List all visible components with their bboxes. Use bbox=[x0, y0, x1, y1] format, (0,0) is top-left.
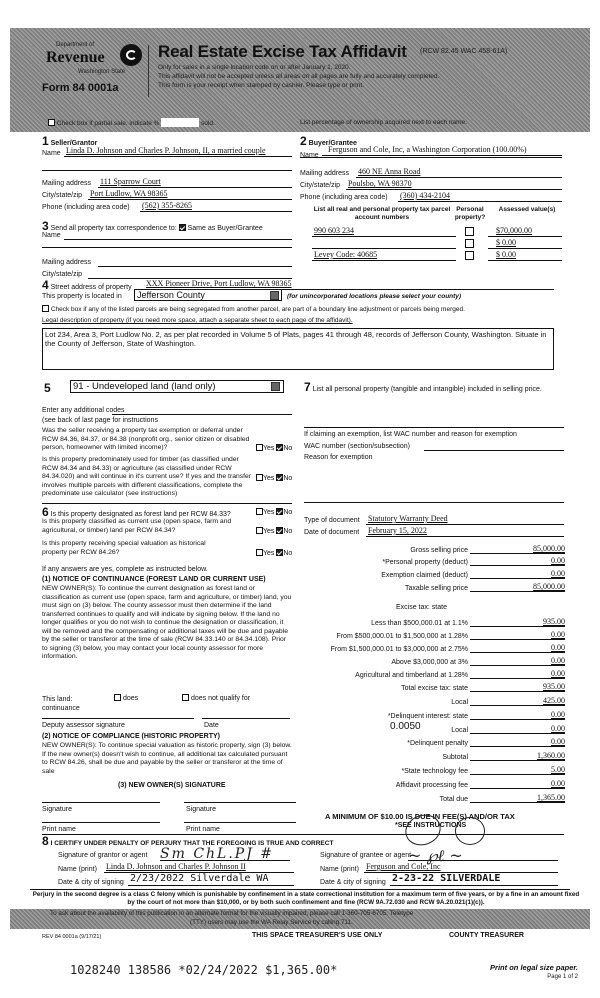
ownership-note: List percentage of ownership acquired ne… bbox=[300, 119, 467, 126]
reason-line bbox=[304, 502, 564, 503]
tax-row-tier2: From $500,000.01 to $1,500,000 at 1.28%0… bbox=[305, 629, 565, 640]
tax-value[interactable]: 0.00 bbox=[470, 779, 565, 789]
current-use-answer: Yes No bbox=[256, 527, 292, 535]
personal-property-checkbox[interactable] bbox=[465, 251, 474, 260]
tax-row-total-state: Total excise tax: state935.00 bbox=[305, 681, 565, 692]
tax-row-exemption: Exemption claimed (deduct)0.00 bbox=[305, 568, 565, 579]
seller-city-field[interactable]: Port Ludlow, WA 98365 bbox=[88, 189, 292, 200]
treasurer-use-label: THIS SPACE TREASURER'S USE ONLY bbox=[252, 932, 382, 939]
correspondence-name-label: Name bbox=[42, 232, 61, 239]
exemption-no-checkbox[interactable] bbox=[276, 444, 283, 451]
document-type-value: Statutory Warranty Deed bbox=[366, 514, 448, 523]
tax-row-tier3: From $1,500,000.01 to $3,000,000 at 2.75… bbox=[305, 642, 565, 653]
notice1-body: NEW OWNER(S): To continue the current de… bbox=[42, 585, 292, 662]
section-number-5: 5 bbox=[44, 381, 51, 395]
parcel-number-field[interactable] bbox=[312, 238, 456, 249]
tax-label: *Delinquent penalty bbox=[305, 740, 470, 747]
tax-value[interactable]: 0.00 bbox=[470, 569, 565, 579]
owner-print-name-label-1: Print name bbox=[42, 826, 76, 833]
accessibility-line-1: To ask about the availability of this pu… bbox=[50, 910, 590, 917]
seller-city-value: Port Ludlow, WA 98365 bbox=[88, 189, 168, 198]
no-label: No bbox=[283, 550, 292, 557]
parcel-number-value: Levey Code: 40685 bbox=[312, 250, 377, 259]
county-treasurer-label: COUNTY TREASURER bbox=[449, 932, 524, 939]
form-title: Real Estate Excise Tax Affidavit bbox=[158, 42, 407, 62]
buyer-name-line2 bbox=[300, 157, 562, 158]
tax-value[interactable]: 0.00 bbox=[470, 724, 565, 734]
buyer-name-value: Ferguson and Cole, Inc, a Washington Cor… bbox=[322, 145, 527, 154]
tax-label: Total due bbox=[305, 796, 470, 803]
no-label: No bbox=[283, 528, 292, 535]
tax-row-personal: *Personal property (deduct)0.00 bbox=[305, 555, 565, 566]
partial-sale-suffix: sold. bbox=[201, 120, 215, 127]
forest-no-checkbox[interactable] bbox=[276, 508, 283, 515]
assessed-value-field[interactable]: $ 0.00 bbox=[488, 238, 562, 249]
parcel-header: List all real and personal property tax … bbox=[312, 206, 452, 222]
owner-signature-label-2: Signature bbox=[186, 806, 216, 813]
personal-property-header: Personal property? bbox=[452, 206, 488, 222]
form-statute: (RCW 82.45 WAC 458-61A) bbox=[420, 48, 507, 55]
tax-label: *Delinquent interest: state bbox=[305, 713, 470, 720]
section7: 7 List all personal property (tangible a… bbox=[304, 380, 564, 394]
divider bbox=[42, 503, 292, 504]
seller-mailing-field[interactable]: 111 Sparrow Court bbox=[98, 177, 292, 188]
seller-phone-value: (562) 355-8265 bbox=[140, 201, 192, 210]
tax-label: Gross selling price bbox=[305, 547, 470, 554]
seller-phone-field[interactable]: (562) 355-8265 bbox=[140, 201, 292, 212]
personal-property-line bbox=[304, 427, 564, 428]
buyer-phone-value: (360) 434-2104 bbox=[398, 191, 450, 200]
parcel-number-field[interactable]: 990 603 234 bbox=[312, 226, 456, 237]
does-checkbox[interactable] bbox=[114, 694, 121, 701]
tax-row-delinq-local: Local0.00 bbox=[305, 723, 565, 734]
notice2-body: NEW OWNER(S): To continue special valuat… bbox=[42, 742, 294, 776]
does-option: does bbox=[114, 694, 138, 702]
section-number-2: 2 bbox=[300, 134, 307, 148]
header-divider bbox=[148, 45, 149, 97]
does-not-checkbox[interactable] bbox=[182, 694, 189, 701]
perjury-notice: Perjury in the second degree is a class … bbox=[32, 891, 580, 907]
wac-number-field[interactable] bbox=[424, 440, 564, 451]
tax-value[interactable]: 0.00 bbox=[470, 656, 565, 666]
revenue-logo-icon bbox=[120, 44, 142, 66]
new-owner-signature-title: (3) NEW OWNER(S) SIGNATURE bbox=[118, 782, 226, 789]
timber-question: Is this property predominately used for … bbox=[42, 456, 252, 499]
historical-question: Is this property receiving special valua… bbox=[42, 540, 222, 557]
exemption-answer: Yes No bbox=[256, 444, 292, 452]
tax-value[interactable]: 1,365.00 bbox=[470, 793, 565, 803]
historical-answer: Yes No bbox=[256, 549, 292, 557]
buyer-mailing-field[interactable]: 460 NE Anna Road bbox=[356, 167, 562, 178]
parcel-number-value: 990 603 234 bbox=[312, 226, 354, 235]
no-label: No bbox=[283, 475, 292, 482]
tax-label: Subtotal bbox=[305, 754, 470, 761]
grantee-date-label: Date & city of signing bbox=[320, 879, 386, 886]
tax-label: Total excise tax: state bbox=[305, 685, 470, 692]
grantor-signature-label: Signature of grantor or agent bbox=[58, 852, 148, 859]
deputy-signature-line bbox=[42, 718, 194, 719]
seller-phone-label: Phone (including area code) bbox=[42, 204, 130, 211]
buyer-mailing-label: Mailing address bbox=[300, 170, 349, 177]
tax-label: From $500,000.01 to $1,500,000 at 1.28% bbox=[305, 633, 470, 640]
grantee-name-value: Ferguson and Cole, Inc bbox=[364, 862, 441, 871]
agency-state: Washington State bbox=[78, 69, 125, 75]
form-number: Form 84 0001a bbox=[42, 82, 118, 94]
tax-value[interactable]: 0.00 bbox=[470, 669, 565, 679]
grantor-date-label: Date & city of signing bbox=[58, 879, 124, 886]
owner-print-line-2 bbox=[184, 822, 296, 823]
owner-sig-line-2 bbox=[184, 802, 296, 803]
continuance-label: continuance bbox=[42, 705, 80, 712]
tax-value[interactable]: 85,000.00 bbox=[470, 582, 565, 592]
page-number: Page 1 of 2 bbox=[547, 974, 578, 980]
correspondence-mailing-field[interactable] bbox=[98, 256, 292, 267]
timber-answer: Yes No bbox=[256, 474, 292, 482]
tax-label: Above $3,000,000 at 3% bbox=[305, 659, 470, 666]
forest-land-question: Is this property designated as forest la… bbox=[51, 511, 231, 518]
tax-label: Exemption claimed (deduct) bbox=[305, 572, 470, 579]
tax-label: Local bbox=[305, 699, 470, 706]
grantee-date-value: 2-23-22 SILVERDALE bbox=[390, 873, 500, 884]
footer-top-line bbox=[30, 889, 570, 890]
correspondence-city-label: City/state/zip bbox=[42, 271, 82, 278]
tax-label: *State technology fee bbox=[305, 768, 470, 775]
timber-yes-checkbox[interactable] bbox=[256, 474, 263, 481]
personal-property-checkbox[interactable] bbox=[465, 239, 474, 248]
does-not-label: does not qualify for bbox=[191, 695, 250, 702]
tax-value[interactable]: 0.00 bbox=[470, 630, 565, 640]
document-date-value: February 15, 2022 bbox=[366, 526, 427, 535]
seller-name-label: Name bbox=[42, 150, 61, 157]
assessed-value: $70,000.00 bbox=[488, 226, 532, 235]
property-section: 4 Street address of property bbox=[42, 278, 132, 292]
segregated-row: Check box if any of the listed parcels a… bbox=[42, 305, 465, 313]
tax-row-total: Total due1,365.00 bbox=[305, 792, 565, 803]
tax-row-affidavit-fee: Affidavit processing fee0.00 bbox=[305, 778, 565, 789]
historical-yes-checkbox[interactable] bbox=[256, 549, 263, 556]
tax-label: Agricultural and timberland at 1.28% bbox=[305, 672, 470, 679]
partial-sale-percent-input[interactable] bbox=[161, 118, 199, 127]
receipt-stamp: 1028240 138586 *02/24/2022 $1,365.00* bbox=[70, 963, 337, 977]
deputy-date-label: Date bbox=[204, 722, 219, 729]
located-in-label: This property is located in bbox=[42, 293, 122, 300]
section-number-7: 7 bbox=[304, 380, 311, 394]
revision-code: REV 84 0001a (9/17/21) bbox=[42, 934, 101, 940]
exemption-question: Was the seller receiving a property tax … bbox=[42, 427, 257, 453]
tax-value[interactable]: 425.00 bbox=[470, 696, 565, 706]
partial-sale-label: Check box if partial sale, indicate % bbox=[57, 120, 160, 127]
local-tax-rate: 0.0050 bbox=[390, 721, 421, 732]
grantor-name-field[interactable]: Linda D. Johnson and Charles P. Johnson … bbox=[104, 862, 294, 873]
no-label: No bbox=[283, 445, 292, 452]
tax-value[interactable]: 0.00 bbox=[470, 643, 565, 653]
personal-property-list-label: List all personal property (tangible and… bbox=[313, 386, 542, 393]
legal-description-value: Lot 234, Area 3, Port Ludlow No. 2, as p… bbox=[43, 329, 553, 349]
assessed-value-field[interactable]: $70,000.00 bbox=[488, 226, 562, 237]
buyer-mailing-value: 460 NE Anna Road bbox=[356, 167, 420, 176]
tax-row-delinq-state: *Delinquent interest: state0.00 bbox=[305, 709, 565, 720]
tax-label: *Personal property (deduct) bbox=[305, 559, 470, 566]
header-line-2: This affidavit will not be accepted unle… bbox=[158, 73, 439, 80]
wac-number-label: WAC number (section/subsection) bbox=[304, 443, 410, 450]
tax-row-tier1: Less than $500,000.01 at 1.1%935.00 bbox=[305, 616, 565, 627]
assessed-value-header: Assessed value(s) bbox=[492, 206, 562, 214]
document-date-label: Date of document bbox=[304, 529, 359, 536]
deputy-date-line bbox=[202, 718, 290, 719]
section-number-4: 4 bbox=[42, 278, 49, 292]
assessed-value-field[interactable]: $ 0.00 bbox=[488, 250, 562, 261]
seller-name-value: Linda D. Johnson and Charles P. Johnson,… bbox=[64, 146, 266, 155]
seller-mailing-value: 111 Sparrow Court bbox=[98, 177, 161, 186]
street-address-label: Street address of property bbox=[51, 284, 132, 291]
grantor-signature-scribble: Sm ChL.PJ # bbox=[160, 846, 274, 862]
tax-row-penalty: *Delinquent penalty0.00 bbox=[305, 736, 565, 747]
tax-value[interactable]: 5.00 bbox=[470, 765, 565, 775]
grantor-date-field[interactable]: 2/23/2022 Silverdale WA bbox=[128, 873, 294, 886]
county-note: (for unincorporated locations please sel… bbox=[287, 293, 461, 300]
grantee-signature-label: Signature of grantee or agent bbox=[320, 852, 411, 859]
grantee-date-field[interactable]: 2-23-22 SILVERDALE bbox=[390, 873, 558, 886]
grantor-date-value: 2/23/2022 Silverdale WA bbox=[128, 873, 268, 884]
assessed-value: $ 0.00 bbox=[488, 238, 516, 247]
notice1-title: (1) NOTICE OF CONTINUANCE (FOREST LAND O… bbox=[42, 576, 266, 583]
owner-print-name-label-2: Print name bbox=[186, 826, 220, 833]
use-code-select[interactable]: 91 - Undeveloped land (land only) bbox=[70, 380, 284, 393]
buyer-name-field[interactable]: Ferguson and Cole, Inc, a Washington Cor… bbox=[322, 145, 562, 156]
correspondence-mailing-label: Mailing address bbox=[42, 259, 91, 266]
additional-codes-field[interactable] bbox=[112, 404, 292, 415]
print-note: Print on legal size paper. bbox=[490, 963, 578, 972]
tax-row-tech-fee: *State technology fee5.00 bbox=[305, 764, 565, 775]
grantee-signature-field[interactable]: ~ ℘ℓ ~ bbox=[408, 846, 558, 861]
document-type-label: Type of document bbox=[304, 517, 360, 524]
document-date-field[interactable]: February 15, 2022 bbox=[366, 526, 564, 537]
seller-name-field[interactable]: Linda D. Johnson and Charles P. Johnson,… bbox=[64, 146, 292, 157]
county-select[interactable]: Jefferson County bbox=[134, 289, 282, 301]
correspondence-name-field[interactable] bbox=[64, 229, 292, 240]
grantor-name-label: Name (print) bbox=[58, 866, 97, 873]
yes-label: Yes bbox=[263, 550, 274, 557]
forest-answer: Yes No bbox=[256, 508, 292, 516]
header-line-3: This form is your receipt when stamped b… bbox=[158, 82, 364, 89]
forest-yes-checkbox[interactable] bbox=[256, 508, 263, 515]
historical-no-checkbox[interactable] bbox=[276, 549, 283, 556]
tax-row-tier4: Above $3,000,000 at 3%0.00 bbox=[305, 655, 565, 666]
buyer-phone-label: Phone (including area code) bbox=[300, 194, 388, 201]
tax-label: Local bbox=[305, 727, 470, 734]
tax-value[interactable]: 0.00 bbox=[470, 556, 565, 566]
street-address-value: XXX Pioneer Drive, Port Ludlow, WA 98365 bbox=[144, 279, 292, 288]
agency-name: Revenue bbox=[46, 49, 105, 67]
correspondence-name-line2 bbox=[42, 247, 292, 248]
grantor-name-value: Linda D. Johnson and Charles P. Johnson … bbox=[104, 862, 246, 871]
does-not-option: does not qualify for bbox=[182, 694, 250, 702]
current-use-question: Is this property classified as current u… bbox=[42, 518, 242, 535]
parcel-number-value bbox=[312, 238, 314, 247]
section-number-3: 3 bbox=[42, 219, 49, 233]
buyer-city-value: Poulsbo, WA 98370 bbox=[346, 179, 412, 188]
section-number-6: 6 bbox=[42, 505, 49, 519]
tax-label: Less than $500,000.01 at 1.1% bbox=[305, 620, 470, 627]
legal-description-label: Legal description of property (if you ne… bbox=[42, 317, 353, 324]
owner-print-line-1 bbox=[42, 822, 160, 823]
document-type-field[interactable]: Statutory Warranty Deed bbox=[366, 514, 564, 525]
grantee-name-label: Name (print) bbox=[320, 866, 359, 873]
tax-value[interactable]: 935.00 bbox=[470, 682, 565, 692]
tax-row-subtotal: Subtotal1,360.00 bbox=[305, 750, 565, 761]
does-label: does bbox=[123, 695, 138, 702]
tax-row-gross: Gross selling price85,000.00 bbox=[305, 543, 565, 554]
grantee-name-field[interactable]: Ferguson and Cole, Inc bbox=[364, 862, 558, 873]
current-use-no-checkbox[interactable] bbox=[276, 527, 283, 534]
exemption-yes-checkbox[interactable] bbox=[256, 444, 263, 451]
legal-description-field[interactable]: Lot 234, Area 3, Port Ludlow No. 2, as p… bbox=[42, 328, 554, 370]
current-use-yes-checkbox[interactable] bbox=[256, 527, 263, 534]
yes-label: Yes bbox=[263, 475, 274, 482]
exemption-claim-label: If claiming an exemption, list WAC numbe… bbox=[304, 431, 517, 438]
no-label: No bbox=[283, 509, 292, 516]
tax-row-ag: Agricultural and timberland at 1.28%0.00 bbox=[305, 668, 565, 679]
tax-value[interactable]: 935.00 bbox=[470, 617, 565, 627]
use-code-value: 91 - Undeveloped land (land only) bbox=[71, 381, 216, 392]
partial-sale-row: Check box if partial sale, indicate % so… bbox=[48, 118, 215, 127]
grantor-signature-field[interactable]: Sm ChL.PJ # bbox=[160, 846, 290, 861]
instructions-note: If any answers are yes, complete as inst… bbox=[42, 566, 208, 573]
excise-state-label: Excise tax: state bbox=[396, 604, 447, 611]
yes-label: Yes bbox=[263, 445, 274, 452]
buyer-phone-field[interactable]: (360) 434-2104 bbox=[398, 191, 562, 202]
additional-codes-note: (see back of last page for instructions bbox=[42, 417, 158, 424]
buyer-city-label: City/state/zip bbox=[300, 182, 340, 189]
assessed-value: $ 0.00 bbox=[488, 250, 516, 259]
parcel-number-field[interactable]: Levey Code: 40685 bbox=[312, 250, 456, 261]
timber-no-checkbox[interactable] bbox=[276, 474, 283, 481]
tax-value[interactable]: 1,360.00 bbox=[470, 751, 565, 761]
section6-q1: 6 Is this property designated as forest … bbox=[42, 505, 231, 519]
seller-name-line2 bbox=[42, 170, 292, 171]
tax-row-taxable: Taxable selling price85,000.00 bbox=[305, 581, 565, 592]
accessibility-line-2: (TTY) users may use the WA Relay Service… bbox=[190, 919, 353, 926]
seller-mailing-label: Mailing address bbox=[42, 180, 91, 187]
reason-label: Reason for exemption bbox=[304, 454, 372, 461]
section-number-1: 1 bbox=[42, 134, 49, 148]
tax-value[interactable]: 0.00 bbox=[470, 737, 565, 747]
seller-city-label: City/state/zip bbox=[42, 192, 82, 199]
county-value: Jefferson County bbox=[135, 290, 205, 300]
yes-label: Yes bbox=[263, 509, 274, 516]
notice2-title: (2) NOTICE OF COMPLIANCE (HISTORIC PROPE… bbox=[42, 733, 220, 740]
grantee-signature-loop2 bbox=[455, 817, 485, 845]
dropdown-icon bbox=[271, 382, 280, 391]
segregated-label: Check box if any of the listed parcels a… bbox=[51, 306, 465, 313]
owner-signature-label-1: Signature bbox=[42, 806, 72, 813]
tax-row-local: Local425.00 bbox=[305, 695, 565, 706]
buyer-city-field[interactable]: Poulsbo, WA 98370 bbox=[346, 179, 562, 190]
this-land-label: This land: bbox=[42, 696, 72, 703]
owner-sig-line-1 bbox=[42, 802, 160, 803]
dropdown-icon bbox=[270, 291, 279, 300]
tax-value[interactable]: 85,000.00 bbox=[470, 544, 565, 554]
partial-sale-checkbox[interactable] bbox=[48, 119, 55, 126]
segregated-checkbox[interactable] bbox=[42, 305, 49, 312]
deputy-signature-label: Deputy assessor signature bbox=[42, 722, 125, 729]
header-line-1: Only for sales in a single location code… bbox=[158, 64, 351, 71]
section-number-8: 8 bbox=[42, 834, 49, 848]
yes-label: Yes bbox=[263, 528, 274, 535]
agency-small: Department of bbox=[56, 42, 94, 48]
tax-label: Affidavit processing fee bbox=[305, 782, 470, 789]
tax-label: Taxable selling price bbox=[305, 585, 470, 592]
personal-property-checkbox[interactable] bbox=[465, 227, 474, 236]
tax-label: From $1,500,000.01 to $3,000,000 at 2.75… bbox=[305, 646, 470, 653]
tax-value[interactable]: 0.00 bbox=[470, 710, 565, 720]
